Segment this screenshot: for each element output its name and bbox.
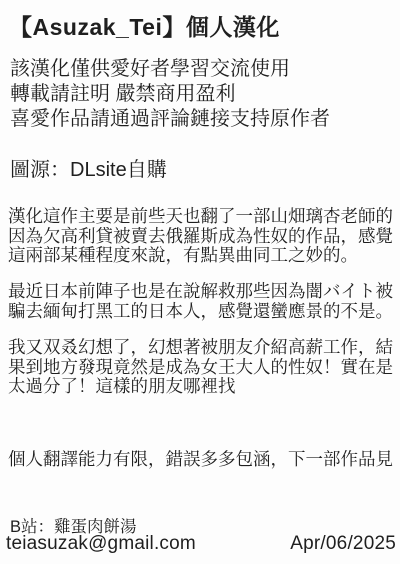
notice-line-learning: 該漢化僅供愛好者學習交流使用 <box>10 57 330 82</box>
translator-notes-page: 【Asuzak_Tei】個人漢化 該漢化僅供愛好者學習交流使用 轉載請註明 嚴禁… <box>0 0 400 564</box>
translator-paragraph-1: 漢化這作主要是前些天也翻了一部山畑璃杏老師的 因為欠高利貸被賣去俄羅斯成為性奴的… <box>8 207 396 266</box>
closing-remark: 個人翻譯能力有限，錯誤多多包涵，下一部作品見 <box>8 446 393 471</box>
contact-row: teiasuzak@gmail.com Apr/06/2025 <box>6 533 396 555</box>
notice-line-repost: 轉載請註明 嚴禁商用盈利 <box>10 82 330 107</box>
translator-paragraph-2: 最近日本前陣子也是在說解救那些因為闇バイト被 騙去緬甸打黑工的日本人，感覺還蠻應… <box>8 282 396 321</box>
usage-notice: 該漢化僅供愛好者學習交流使用 轉載請註明 嚴禁商用盈利 喜愛作品請通過評論鏈接支… <box>10 57 330 132</box>
date-label: Apr/06/2025 <box>290 533 396 555</box>
image-source-line: 圖源：DLsite自購 <box>10 153 167 182</box>
page-title: 【Asuzak_Tei】個人漢化 <box>9 9 280 42</box>
notice-line-support: 喜愛作品請通過評論鏈接支持原作者 <box>10 107 330 132</box>
email-address: teiasuzak@gmail.com <box>6 533 196 555</box>
translator-paragraph-3: 我又双叒幻想了，幻想著被朋友介紹高薪工作，結 果到地方發現竟然是成為女王大人的性… <box>8 338 396 397</box>
